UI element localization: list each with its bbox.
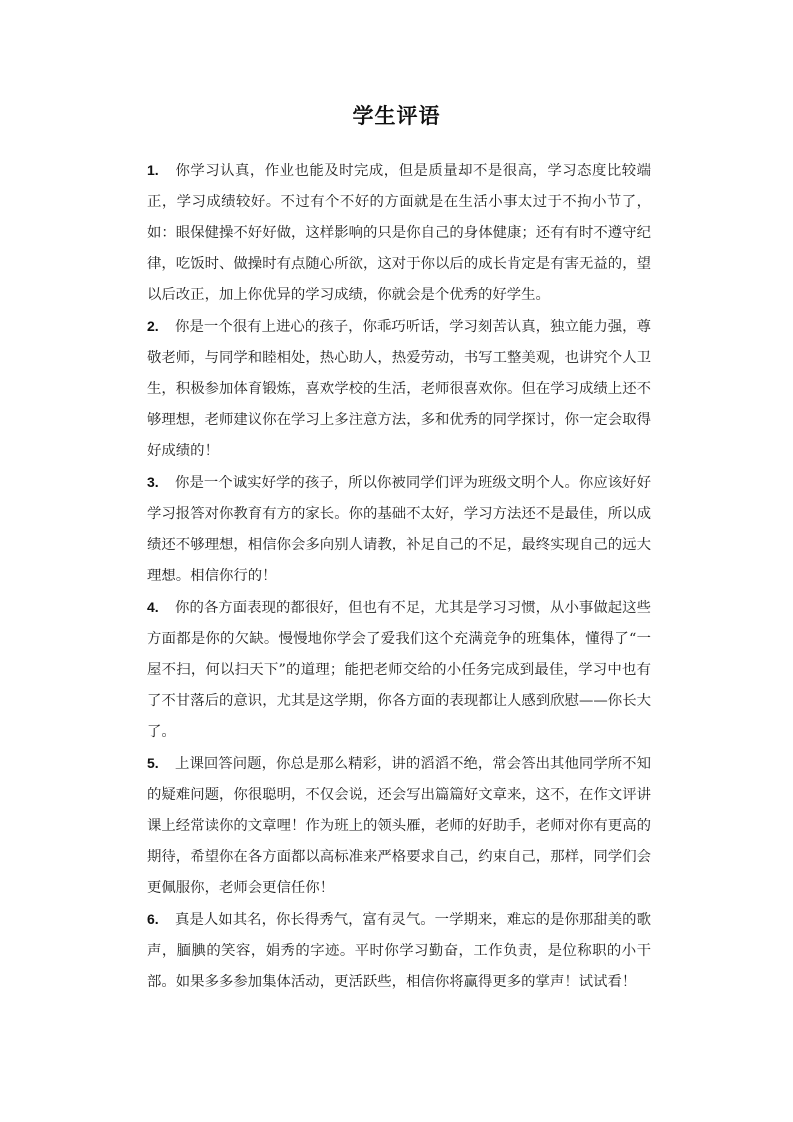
comment-item-4: 4.你的各方面表现的都很好，但也有不足，尤其是学习习惯，从小事做起这些方面都是你… [147,592,651,748]
comment-text: 你是一个诚实好学的孩子，所以你被同学们评为班级文明个人。你应该好好学习报答对你教… [147,475,651,584]
comments-list: 1.你学习认真，作业也能及时完成，但是质量却不是很高，学习态度比较端正，学习成绩… [147,155,651,998]
comment-item-3: 3.你是一个诚实好学的孩子，所以你被同学们评为班级文明个人。你应该好好学习报答对… [147,467,651,592]
comment-number: 2. [147,311,175,342]
comment-number: 4. [147,592,175,623]
comment-text: 你学习认真，作业也能及时完成，但是质量却不是很高，学习态度比较端正，学习成绩较好… [147,163,651,303]
comment-text: 真是人如其名，你长得秀气，富有灵气。一学期来，难忘的是你那甜美的歌声，腼腆的笑容… [147,912,651,990]
comment-item-6: 6.真是人如其名，你长得秀气，富有灵气。一学期来，难忘的是你那甜美的歌声，腼腆的… [147,904,651,998]
comment-number: 3. [147,467,175,498]
document-page: 学生评语 1.你学习认真，作业也能及时完成，但是质量却不是很高，学习态度比较端正… [0,0,793,1122]
document-title: 学生评语 [0,100,793,130]
comment-text: 上课回答问题，你总是那么精彩，讲的滔滔不绝，常会答出其他同学所不知的疑难问题，你… [147,756,651,896]
comment-text: 你是一个很有上进心的孩子，你乖巧听话，学习刻苦认真，独立能力强，尊敬老师，与同学… [147,319,651,459]
comment-number: 1. [147,155,175,186]
comment-number: 6. [147,904,175,935]
comment-item-1: 1.你学习认真，作业也能及时完成，但是质量却不是很高，学习态度比较端正，学习成绩… [147,155,651,311]
comment-text: 你的各方面表现的都很好，但也有不足，尤其是学习习惯，从小事做起这些方面都是你的欠… [147,600,651,740]
comment-item-2: 2.你是一个很有上进心的孩子，你乖巧听话，学习刻苦认真，独立能力强，尊敬老师，与… [147,311,651,467]
comment-number: 5. [147,748,175,779]
comment-item-5: 5.上课回答问题，你总是那么精彩，讲的滔滔不绝，常会答出其他同学所不知的疑难问题… [147,748,651,904]
